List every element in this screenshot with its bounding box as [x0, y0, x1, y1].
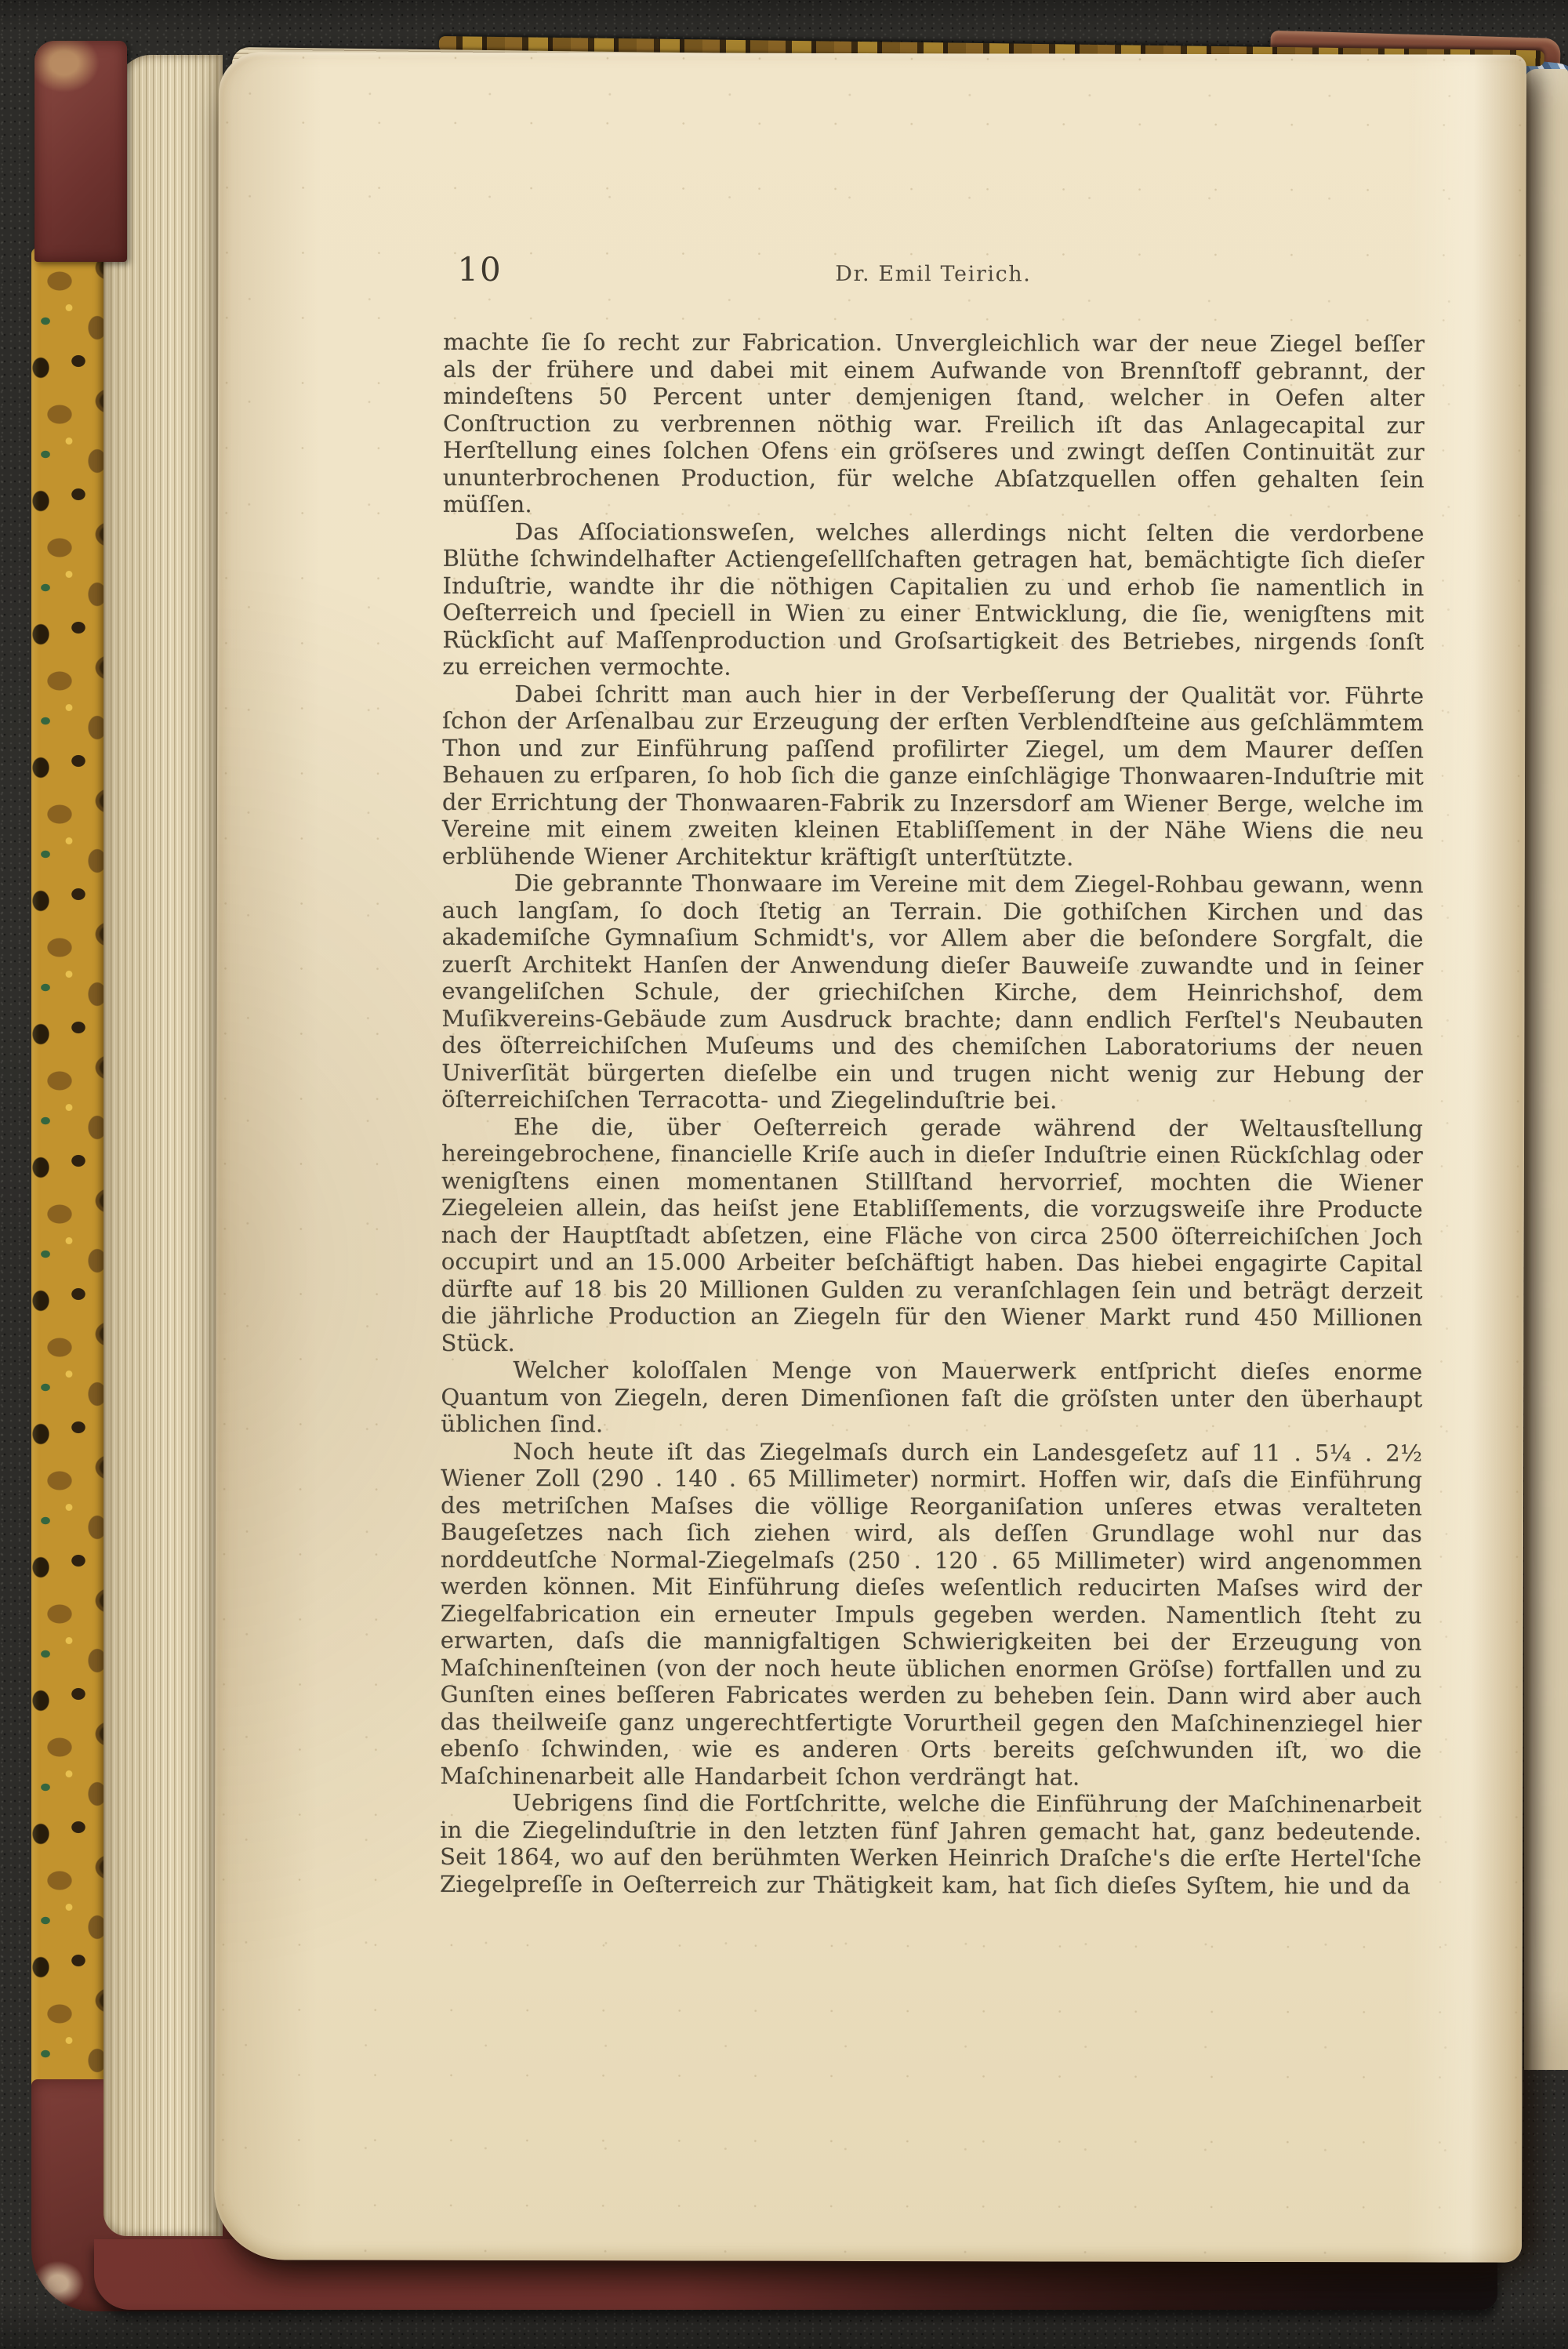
book-cover-leather-corner-top-left [34, 41, 127, 262]
next-page-edge [1524, 69, 1568, 2070]
book-page: 10 Dr. Emil Teirich. machte ſie ſo recht… [214, 52, 1526, 2262]
paragraph: Die gebrannte Thonwaare im Vereine mit d… [441, 870, 1424, 1115]
paragraph: Noch heute iſt das Ziegelmaſs durch ein … [440, 1437, 1422, 1791]
page-stack-left-edges [103, 55, 223, 2236]
paragraph: Uebrigens ſind die Fortſchritte, welche … [440, 1789, 1421, 1900]
paragraph: Dabei ſchritt man auch hier in der Verbe… [442, 680, 1425, 871]
paragraph: Ehe die, über Oeſterreich gerade während… [441, 1113, 1423, 1358]
scanned-book-photo: 10 Dr. Emil Teirich. machte ſie ſo recht… [0, 0, 1568, 2349]
page-header: 10 Dr. Emil Teirich. [443, 249, 1423, 306]
paragraph: Das Aſſociationsweſen, welches allerding… [442, 517, 1424, 682]
paragraph: machte ſie ſo recht zur Fabrication. Unv… [443, 329, 1425, 520]
book-cover-marbled-left-edge [31, 248, 107, 2098]
page-body-text: machte ſie ſo recht zur Fabrication. Unv… [440, 329, 1425, 1900]
paragraph: Welcher koloſſalen Menge von Mauerwerk e… [441, 1356, 1422, 1440]
running-header: Dr. Emil Teirich. [443, 261, 1423, 288]
